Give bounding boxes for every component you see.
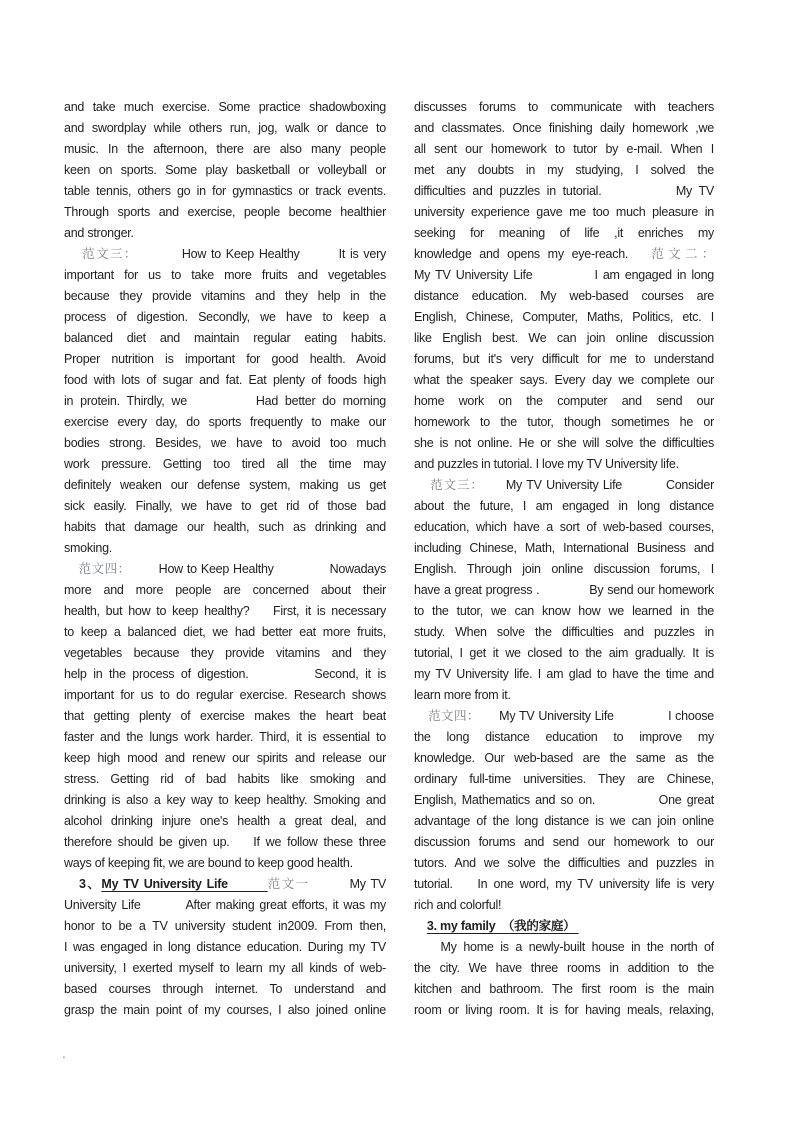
text-span: seeking for meaning of life ,it enriches… <box>414 226 714 240</box>
text-span: process of digestion. Secondly, we have … <box>64 310 386 324</box>
text-span: knowledge and opens my eye-reach. <box>414 247 651 261</box>
text-line: vegetables because they provide vitamins… <box>64 643 386 664</box>
text-line: about the future, I am engaged in long d… <box>414 496 714 517</box>
text-line: My TV University Life I am engaged in lo… <box>414 265 714 286</box>
text-span: discussion forums and send our homework … <box>414 835 714 849</box>
text-line: university experience gave me too much p… <box>414 202 714 223</box>
cn-range-label: 范文一 <box>268 877 310 891</box>
text-line: discussion forums and send our homework … <box>414 832 714 853</box>
text-span: based courses through internet. To under… <box>64 982 386 996</box>
text-line: therefore should be given up. If we foll… <box>64 832 386 853</box>
text-line: in protein. Thirdly, we Had better do mo… <box>64 391 386 412</box>
text-span: she is not online. He or she will solve … <box>414 436 714 450</box>
text-line: process of digestion. Secondly, we have … <box>64 307 386 328</box>
text-line: habits that damage our health, such as d… <box>64 517 386 538</box>
text-span: homework to the tutor, though sometimes … <box>414 415 714 429</box>
text-span: How to Keep Healthy Nowadays <box>131 562 386 576</box>
text-span: met any doubts in my studying, I solved … <box>414 163 714 177</box>
underlined-heading: 3. my family （我的家庭） <box>427 919 579 933</box>
text-line: tutorial, I get it we closed to the aim … <box>414 643 714 664</box>
text-line: based courses through internet. To under… <box>64 979 386 1000</box>
text-span: English, Mathematics and so on. One grea… <box>414 793 714 807</box>
text-span: music. In the afternoon, there are also … <box>64 142 386 156</box>
text-span: work pressure. Getting too tired all the… <box>64 457 386 471</box>
cn-range-label: 范文三： <box>64 247 138 261</box>
text-span: kitchen and bathroom. The first room is … <box>414 982 714 996</box>
text-span: and classmates. Once finishing daily hom… <box>414 121 714 135</box>
text-span: therefore should be given up. If we foll… <box>64 835 386 849</box>
text-line: definitely weaken our defense system, ma… <box>64 475 386 496</box>
text-line: faster and the lungs work harder. Third,… <box>64 727 386 748</box>
text-line: important for us to do regular exercise.… <box>64 685 386 706</box>
text-line: stress. Getting rid of bad habits like s… <box>64 769 386 790</box>
text-line: she is not online. He or she will solve … <box>414 433 714 454</box>
text-line: have a great progress . By send our home… <box>414 580 714 601</box>
text-line: my TV University life. I am glad to have… <box>414 664 714 685</box>
text-span: ordinary full-time universities. They ar… <box>414 772 714 786</box>
text-span: sick easily. Finally, we have to get rid… <box>64 499 386 513</box>
text-span: definitely weaken our defense system, ma… <box>64 478 386 492</box>
text-span: My home is a newly-built house in the no… <box>414 940 714 954</box>
text-line: seeking for meaning of life ,it enriches… <box>414 223 714 244</box>
text-span: vegetables because they provide vitamins… <box>64 646 386 660</box>
text-span: My TV University Life I am engaged in lo… <box>414 268 714 282</box>
text-line: what the speaker says. Every day we comp… <box>414 370 714 391</box>
text-span <box>64 877 79 891</box>
text-span: distance education. My web-based courses… <box>414 289 714 303</box>
text-line: to the tutor, we can know how we learned… <box>414 601 714 622</box>
text-line: home work on the computer and send our <box>414 391 714 412</box>
text-line: 3、My TV University Life 范文一 My TV <box>64 874 386 895</box>
text-span: because they provide vitamins and they h… <box>64 289 386 303</box>
text-line: smoking. <box>64 538 386 559</box>
text-span: University Life After making great effor… <box>64 898 386 912</box>
text-span: to keep a balanced diet, we had better e… <box>64 625 386 639</box>
text-line: discusses forums to communicate with tea… <box>414 97 714 118</box>
text-span: Through sports and exercise, people beco… <box>64 205 386 219</box>
text-span: what the speaker says. Every day we comp… <box>414 373 714 387</box>
text-line: university, I exerted myself to learn my… <box>64 958 386 979</box>
text-line: and swordplay while others run, jog, wal… <box>64 118 386 139</box>
text-line: more and more people are concerned about… <box>64 580 386 601</box>
text-line: important for us to take more fruits and… <box>64 265 386 286</box>
text-span: English, Chinese, Computer, Maths, Polit… <box>414 310 714 324</box>
text-line: that getting plenty of exercise makes th… <box>64 706 386 727</box>
cn-range-label: 范文四： <box>64 562 131 576</box>
text-line: room or living room. It is for having me… <box>414 1000 714 1021</box>
text-span: about the future, I am engaged in long d… <box>414 499 714 513</box>
bold-list-number: 3、 <box>79 877 101 891</box>
text-span: I was engaged in long distance education… <box>64 940 386 954</box>
text-span: knowledge. Our web-based are the same as… <box>414 751 714 765</box>
text-span: university, I exerted myself to learn my… <box>64 961 386 975</box>
text-span: and stronger. <box>64 226 134 240</box>
text-line: ways of keeping fit, we are bound to kee… <box>64 853 386 874</box>
text-span: faster and the lungs work harder. Third,… <box>64 730 386 744</box>
document-page: and take much exercise. Some practice sh… <box>0 0 800 1132</box>
cn-range-label: 范文四： <box>414 709 480 723</box>
text-span: ways of keeping fit, we are bound to kee… <box>64 856 353 870</box>
text-span: difficulties and puzzles in tutorial. My… <box>414 184 714 198</box>
text-line: work pressure. Getting too tired all the… <box>64 454 386 475</box>
text-span: forums, but it's very difficult for me t… <box>414 352 714 366</box>
text-span: to the tutor, we can know how we learned… <box>414 604 714 618</box>
text-line: met any doubts in my studying, I solved … <box>414 160 714 181</box>
text-line: distance education. My web-based courses… <box>414 286 714 307</box>
text-line: English, Chinese, Computer, Maths, Polit… <box>414 307 714 328</box>
text-line: food with lots of sugar and fat. Eat ple… <box>64 370 386 391</box>
text-span: grasp the main point of my courses, I al… <box>64 1003 386 1017</box>
text-line: 范文三： How to Keep Healthy It is very <box>64 244 386 265</box>
text-span: tutors. And we solve the difficulties an… <box>414 856 714 870</box>
text-line: difficulties and puzzles in tutorial. My… <box>414 181 714 202</box>
text-span: help in the process of digestion. Second… <box>64 667 386 681</box>
text-line: and classmates. Once finishing daily hom… <box>414 118 714 139</box>
text-span: the long distance education to improve m… <box>414 730 714 744</box>
text-span: advantage of the long distance is we can… <box>414 814 714 828</box>
text-line: keen on sports. Some play basketball or … <box>64 160 386 181</box>
text-span <box>414 919 427 933</box>
text-column-right: discusses forums to communicate with tea… <box>414 97 714 1021</box>
text-line: kitchen and bathroom. The first room is … <box>414 979 714 1000</box>
text-line: advantage of the long distance is we can… <box>414 811 714 832</box>
text-span: Proper nutrition is important for good h… <box>64 352 386 366</box>
text-line: to keep a balanced diet, we had better e… <box>64 622 386 643</box>
text-span: English. Through join online discussion … <box>414 562 714 576</box>
text-span: honor to be a TV university student in20… <box>64 919 386 933</box>
cn-range-label: 范文三： <box>414 478 484 492</box>
text-span: room or living room. It is for having me… <box>414 1003 714 1017</box>
text-span: My TV University Life Consider <box>484 478 714 492</box>
text-span: home work on the computer and send our <box>414 394 714 408</box>
text-line: balanced diet and maintain regular eatin… <box>64 328 386 349</box>
text-line: like English best. We can join online di… <box>414 328 714 349</box>
text-line: tutorial. In one word, my TV university … <box>414 874 714 895</box>
text-span: my TV University life. I am glad to have… <box>414 667 714 681</box>
text-span: habits that damage our health, such as d… <box>64 520 386 534</box>
text-line: drinking is also a key way to keep healt… <box>64 790 386 811</box>
text-line: homework to the tutor, though sometimes … <box>414 412 714 433</box>
text-line: keep high mood and renew our spirits and… <box>64 748 386 769</box>
text-line: Proper nutrition is important for good h… <box>64 349 386 370</box>
text-line: because they provide vitamins and they h… <box>64 286 386 307</box>
text-line: ordinary full-time universities. They ar… <box>414 769 714 790</box>
text-span: My TV <box>310 877 386 891</box>
text-span: and take much exercise. Some practice sh… <box>64 100 386 114</box>
text-span: drinking is also a key way to keep healt… <box>64 793 386 807</box>
text-span: smoking. <box>64 541 112 555</box>
text-span: discusses forums to communicate with tea… <box>414 100 714 114</box>
text-span: tutorial, I get it we closed to the aim … <box>414 646 714 660</box>
text-span: and puzzles in tutorial. I love my TV Un… <box>414 457 679 471</box>
text-line: all sent our homework to tutor by e-mail… <box>414 139 714 160</box>
underlined-heading: My TV University Life <box>101 877 267 891</box>
text-span: more and more people are concerned about… <box>64 583 386 597</box>
text-line: honor to be a TV university student in20… <box>64 916 386 937</box>
text-span: How to Keep Healthy It is very <box>138 247 386 261</box>
text-span: university experience gave me too much p… <box>414 205 714 219</box>
text-span: stress. Getting rid of bad habits like s… <box>64 772 386 786</box>
text-line: My home is a newly-built house in the no… <box>414 937 714 958</box>
text-span: study. When solve the difficulties and p… <box>414 625 714 639</box>
text-line: University Life After making great effor… <box>64 895 386 916</box>
text-span: table tennis, others go in for gymnastic… <box>64 184 386 198</box>
text-line: sick easily. Finally, we have to get rid… <box>64 496 386 517</box>
text-line: 范文三： My TV University Life Consider <box>414 475 714 496</box>
text-span: keep high mood and renew our spirits and… <box>64 751 386 765</box>
text-span: in protein. Thirdly, we Had better do mo… <box>64 394 386 408</box>
text-line: tutors. And we solve the difficulties an… <box>414 853 714 874</box>
text-line: 3. my family （我的家庭） <box>414 916 714 937</box>
text-line: forums, but it's very difficult for me t… <box>414 349 714 370</box>
text-line: including Chinese, Math, International B… <box>414 538 714 559</box>
text-span: including Chinese, Math, International B… <box>414 541 714 555</box>
text-line: the long distance education to improve m… <box>414 727 714 748</box>
text-line: the city. We have three rooms in additio… <box>414 958 714 979</box>
text-line: education, which have a sort of web-base… <box>414 517 714 538</box>
text-line: grasp the main point of my courses, I al… <box>64 1000 386 1021</box>
text-span: education, which have a sort of web-base… <box>414 520 714 534</box>
text-line: English, Mathematics and so on. One grea… <box>414 790 714 811</box>
text-line: 范文四： My TV University Life I choose <box>414 706 714 727</box>
text-line: 范文四： How to Keep Healthy Nowadays <box>64 559 386 580</box>
text-line: help in the process of digestion. Second… <box>64 664 386 685</box>
footer-period: . <box>62 1046 66 1060</box>
text-span: rich and colorful! <box>414 898 501 912</box>
text-span: My TV University Life I choose <box>480 709 714 723</box>
text-line: exercise every day, do sports frequently… <box>64 412 386 433</box>
text-line: knowledge and opens my eye-reach. 范文二： <box>414 244 714 265</box>
text-span: balanced diet and maintain regular eatin… <box>64 331 386 345</box>
text-line: music. In the afternoon, there are also … <box>64 139 386 160</box>
text-line: alcohol drinking injure one's health a g… <box>64 811 386 832</box>
text-line: bodies strong. Besides, we have to avoid… <box>64 433 386 454</box>
text-span: keen on sports. Some play basketball or … <box>64 163 386 177</box>
text-line: rich and colorful! <box>414 895 714 916</box>
text-line: health, but how to keep healthy? First, … <box>64 601 386 622</box>
text-span: food with lots of sugar and fat. Eat ple… <box>64 373 386 387</box>
text-line: I was engaged in long distance education… <box>64 937 386 958</box>
text-line: Through sports and exercise, people beco… <box>64 202 386 223</box>
text-line: knowledge. Our web-based are the same as… <box>414 748 714 769</box>
text-line: study. When solve the difficulties and p… <box>414 622 714 643</box>
text-line: and puzzles in tutorial. I love my TV Un… <box>414 454 714 475</box>
text-span: all sent our homework to tutor by e-mail… <box>414 142 714 156</box>
text-line: and take much exercise. Some practice sh… <box>64 97 386 118</box>
text-span: bodies strong. Besides, we have to avoid… <box>64 436 386 450</box>
text-span: exercise every day, do sports frequently… <box>64 415 386 429</box>
text-span: alcohol drinking injure one's health a g… <box>64 814 386 828</box>
text-span: the city. We have three rooms in additio… <box>414 961 714 975</box>
text-span: important for us to do regular exercise.… <box>64 688 386 702</box>
text-line: and stronger. <box>64 223 386 244</box>
cn-range-label: 范文二： <box>651 247 714 261</box>
text-span: learn more from it. <box>414 688 511 702</box>
text-line: table tennis, others go in for gymnastic… <box>64 181 386 202</box>
text-span: like English best. We can join online di… <box>414 331 714 345</box>
text-line: learn more from it. <box>414 685 714 706</box>
text-span: important for us to take more fruits and… <box>64 268 386 282</box>
text-span: and swordplay while others run, jog, wal… <box>64 121 386 135</box>
text-span: health, but how to keep healthy? First, … <box>64 604 386 618</box>
text-span: tutorial. In one word, my TV university … <box>414 877 714 891</box>
text-span: that getting plenty of exercise makes th… <box>64 709 386 723</box>
text-span: have a great progress . By send our home… <box>414 583 714 597</box>
text-line: English. Through join online discussion … <box>414 559 714 580</box>
text-column-left: and take much exercise. Some practice sh… <box>64 97 386 1021</box>
